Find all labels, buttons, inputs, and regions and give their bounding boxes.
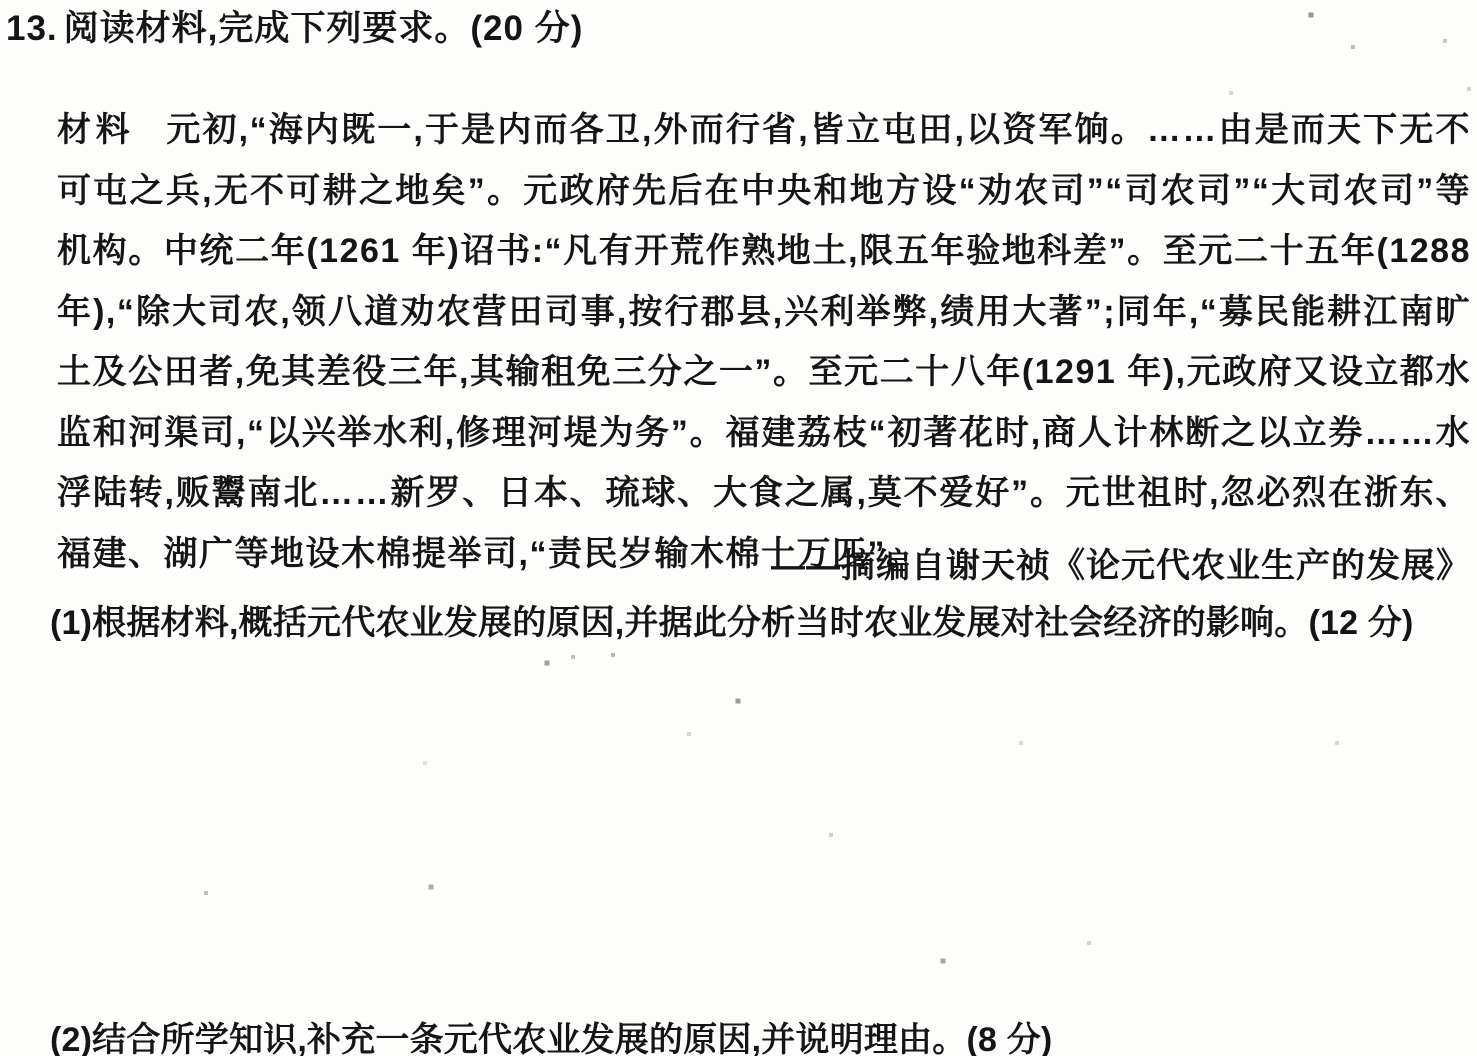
sub-question-1: (1)根据材料,概括元代农业发展的原因,并据此分析当时农业发展对社会经济的影响。… <box>50 601 1477 645</box>
material-paragraph: 材料元初,“海内既一,于是内而各卫,外而行省,皆立屯田,以资军饷。……由是而天下… <box>57 100 1471 584</box>
question-title: 阅读材料,完成下列要求。(20 分) <box>64 9 584 48</box>
exam-page: 13.阅读材料,完成下列要求。(20 分) 材料元初,“海内既一,于是内而各卫,… <box>0 0 1477 1056</box>
question-header: 13.阅读材料,完成下列要求。(20 分) <box>6 8 583 50</box>
scan-speckles <box>0 0 2 2</box>
source-attribution: ——摘编自谢天祯《论元代农业生产的发展》 <box>57 544 1471 588</box>
sub-question-2: (2)结合所学知识,补充一条元代农业发展的原因,并说明理由。(8 分) <box>50 1018 1477 1056</box>
material-text: 元初,“海内既一,于是内而各卫,外而行省,皆立屯田,以资军饷。……由是而天下无不… <box>57 111 1471 573</box>
question-number: 13. <box>6 9 58 48</box>
material-label: 材料 <box>57 111 166 149</box>
